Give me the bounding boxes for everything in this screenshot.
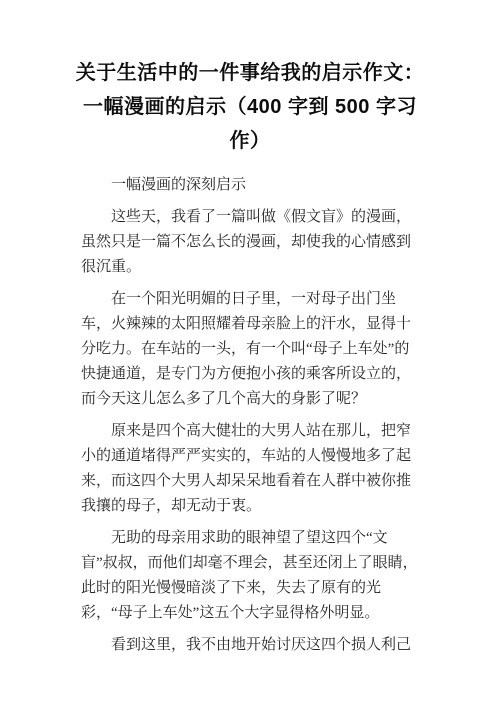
essay-subtitle: 一幅漫画的深刻启示: [81, 173, 419, 198]
essay-paragraph: 原来是四个高大健壮的大男人站在那儿，把窄小的通道堵得严严实实的，车站的人慢慢地多…: [81, 419, 419, 519]
essay-paragraph: 在一个阳光明媚的日子里，一对母子出门坐车，火辣辣的太阳照耀着母亲脸上的汗水，显得…: [81, 287, 419, 412]
essay-body: 一幅漫画的深刻启示 这些天，我看了一篇叫做《假文盲》的漫画，虽然只是一篇不怎么长…: [81, 173, 419, 658]
essay-paragraph: 这些天，我看了一篇叫做《假文盲》的漫画，虽然只是一篇不怎么长的漫画，却使我的心情…: [81, 205, 419, 280]
essay-title: 关于生活中的一件事给我的启示作文：一幅漫画的启示（400 字到 500 字习作）: [74, 56, 426, 158]
document-page: 关于生活中的一件事给我的启示作文：一幅漫画的启示（400 字到 500 字习作）…: [0, 0, 500, 708]
essay-paragraph: 看到这里，我不由地开始讨厌这四个损人利己: [81, 633, 419, 658]
essay-paragraph: 无助的母亲用求助的眼神望了望这四个“文盲”叔叔，而他们却毫不理会，甚至还闭上了眼…: [81, 526, 419, 626]
